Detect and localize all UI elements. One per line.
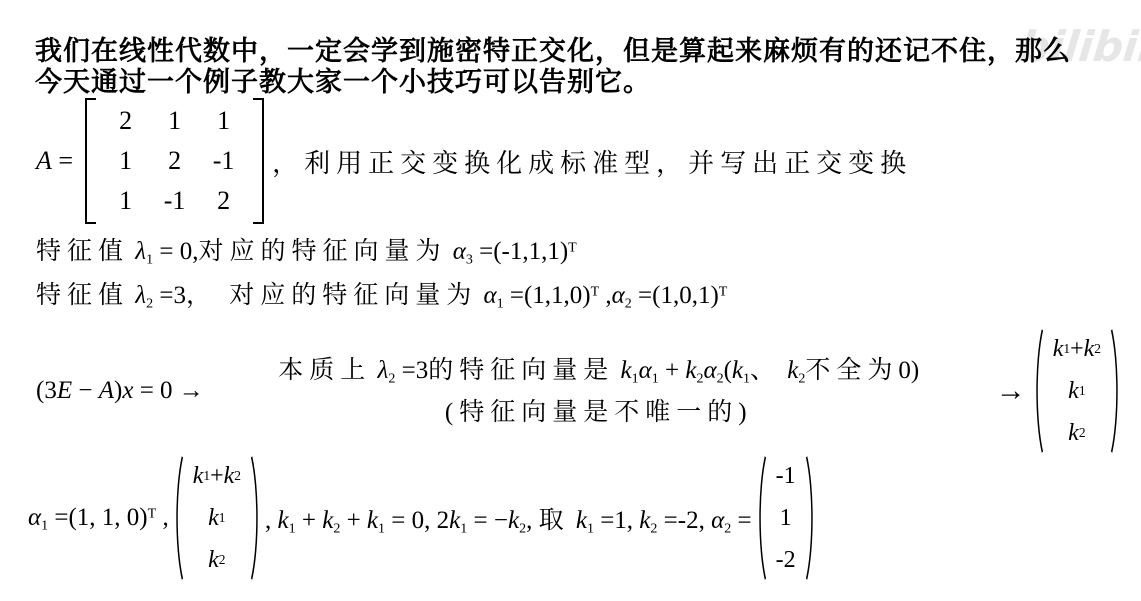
alpha1-expression: α1 =(1, 1, 0)T ,	[28, 504, 169, 532]
eigenvalue-line-lambda1: 特征值 λ1 = 0,对应的特征向量为 α3 =(-1,1,1)T	[36, 231, 577, 267]
matrix-cell: 2	[199, 181, 248, 221]
right-paren-icon	[804, 453, 817, 583]
matrix-cell: 1	[199, 101, 248, 141]
alpha2-result-vector: -1 1 -2	[755, 453, 817, 583]
vector-row: k1	[1053, 370, 1101, 412]
vector-row: 1	[776, 497, 796, 539]
left-square-bracket	[85, 98, 96, 224]
intro-line-1: 我们在线性代数中，一定会学到施密特正交化，但是算起来麻烦有的还记不住，那么	[35, 36, 1071, 66]
matrix-cell: -1	[199, 141, 248, 181]
vector-row: k1 + k2	[193, 455, 241, 497]
document-page: bilibili 我们在线性代数中，一定会学到施密特正交化，但是算起来麻烦有的还…	[0, 0, 1141, 601]
intro-line-2: 今天通过一个例子教大家一个小技巧可以告别它。	[35, 67, 651, 97]
matrix-lhs: A =	[36, 146, 73, 176]
matrix-A: 2 1 1 1 2 -1 1 -1 2	[85, 98, 264, 224]
k-vector: k1 + k2 k1 k2	[1032, 326, 1122, 456]
derivation-row: (3E − A)x = 0 → 本质上 λ2 =3的特征向量是 k1α1 + k…	[36, 323, 1122, 459]
matrix-cell: 2	[150, 141, 199, 181]
vector-row: -1	[776, 455, 796, 497]
intro-paragraph: 我们在线性代数中，一定会学到施密特正交化，但是算起来麻烦有的还记不住，那么 今天…	[35, 36, 1110, 98]
vector-row: k2	[1053, 412, 1101, 454]
matrix-cells: 2 1 1 1 2 -1 1 -1 2	[96, 98, 253, 224]
left-paren-icon	[172, 453, 185, 583]
matrix-cell: 2	[101, 101, 150, 141]
vector-row: k1	[193, 497, 241, 539]
right-square-bracket	[253, 98, 264, 224]
k-vector-rows: k1 + k2 k1 k2	[185, 453, 249, 583]
vector-row: -2	[776, 539, 796, 581]
problem-statement: ，利用正交变换化成标准型，并写出正交变换	[272, 143, 912, 180]
matrix-cell: 1	[150, 101, 199, 141]
matrix-cell: 1	[101, 141, 150, 181]
alpha2-vector-rows: -1 1 -2	[768, 453, 804, 583]
note-top-line: 本质上 λ2 =3的特征向量是 k1α1 + k2α2(k1、 k2不全为0)	[204, 349, 994, 393]
note-bottom-line: (特征向量是不唯一的)	[204, 393, 994, 433]
left-paren-icon	[1032, 326, 1045, 456]
problem-equation-row: A = 2 1 1 1 2 -1 1 -1 2 ，利用正交变换化成标准型，并写出…	[36, 97, 912, 225]
system-equation: (3E − A)x = 0 →	[36, 377, 204, 405]
matrix-cell: 1	[101, 181, 150, 221]
k-vector-rows: k1 + k2 k1 k2	[1045, 326, 1109, 456]
left-paren-icon	[755, 453, 768, 583]
vector-row: k2	[193, 539, 241, 581]
solve-equations: , k1 + k2 + k1 = 0, 2k1 = −k2, 取 k1 =1, …	[265, 500, 752, 536]
matrix-cell: -1	[150, 181, 199, 221]
eigenvalue-line-lambda2: 特征值 λ2 =3， 对应的特征向量为 α1 =(1,1,0)T ,α2 =(1…	[36, 275, 727, 311]
right-paren-icon	[249, 453, 262, 583]
right-paren-icon	[1109, 326, 1122, 456]
arrow-icon: →	[996, 374, 1026, 408]
solution-row: α1 =(1, 1, 0)T , k1 + k2 k1 k2 , k1 + k2…	[28, 448, 820, 588]
derivation-note: 本质上 λ2 =3的特征向量是 k1α1 + k2α2(k1、 k2不全为0) …	[204, 349, 994, 433]
k-vector-copy: k1 + k2 k1 k2	[172, 453, 262, 583]
vector-row: k1 + k2	[1053, 328, 1101, 370]
